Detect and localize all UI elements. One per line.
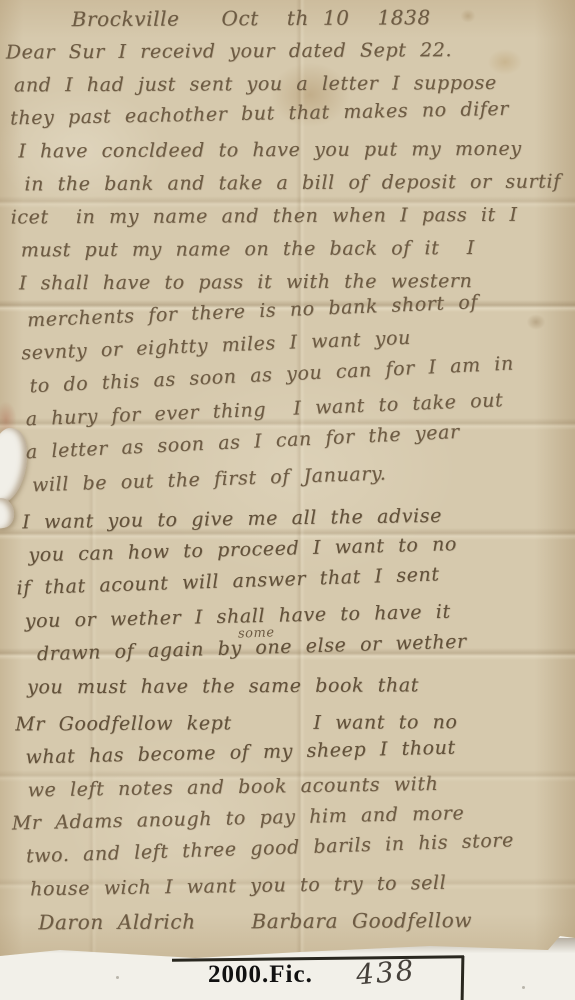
dust-speck-2: [522, 986, 525, 989]
letter-line: house wich I want you to try to sell: [30, 865, 575, 907]
letter-line: in the bank and take a bill of deposit o…: [24, 165, 573, 201]
scanned-letter-photo: Brockville Oct th 10 1838Dear Sur I rece…: [0, 0, 575, 1000]
letter-body: Brockville Oct th 10 1838Dear Sur I rece…: [0, 1, 575, 940]
dust-speck-1: [116, 976, 119, 979]
letter-line: Brockville Oct th 10 1838: [72, 1, 573, 37]
letter-paper: Brockville Oct th 10 1838Dear Sur I rece…: [0, 0, 575, 962]
interline-insertion: some: [238, 625, 275, 641]
letter-line: I have concldeed to have you put my mone…: [18, 132, 573, 168]
letter-line: you must have the same book that: [27, 668, 575, 704]
letter-line: Daron Aldrich Barbara Goodfellow: [38, 903, 575, 939]
letter-line: icet in my name and then when I pass it …: [11, 198, 574, 234]
letter-line: Dear Sur I receivd your dated Sept 22.: [6, 34, 573, 70]
catalog-number-printed: 2000.Fic.: [208, 961, 313, 989]
catalog-number-handwritten: 438: [355, 953, 417, 991]
catalog-label-right-border: [461, 956, 465, 1000]
letter-line: must put my name on the back of it I: [21, 231, 574, 267]
